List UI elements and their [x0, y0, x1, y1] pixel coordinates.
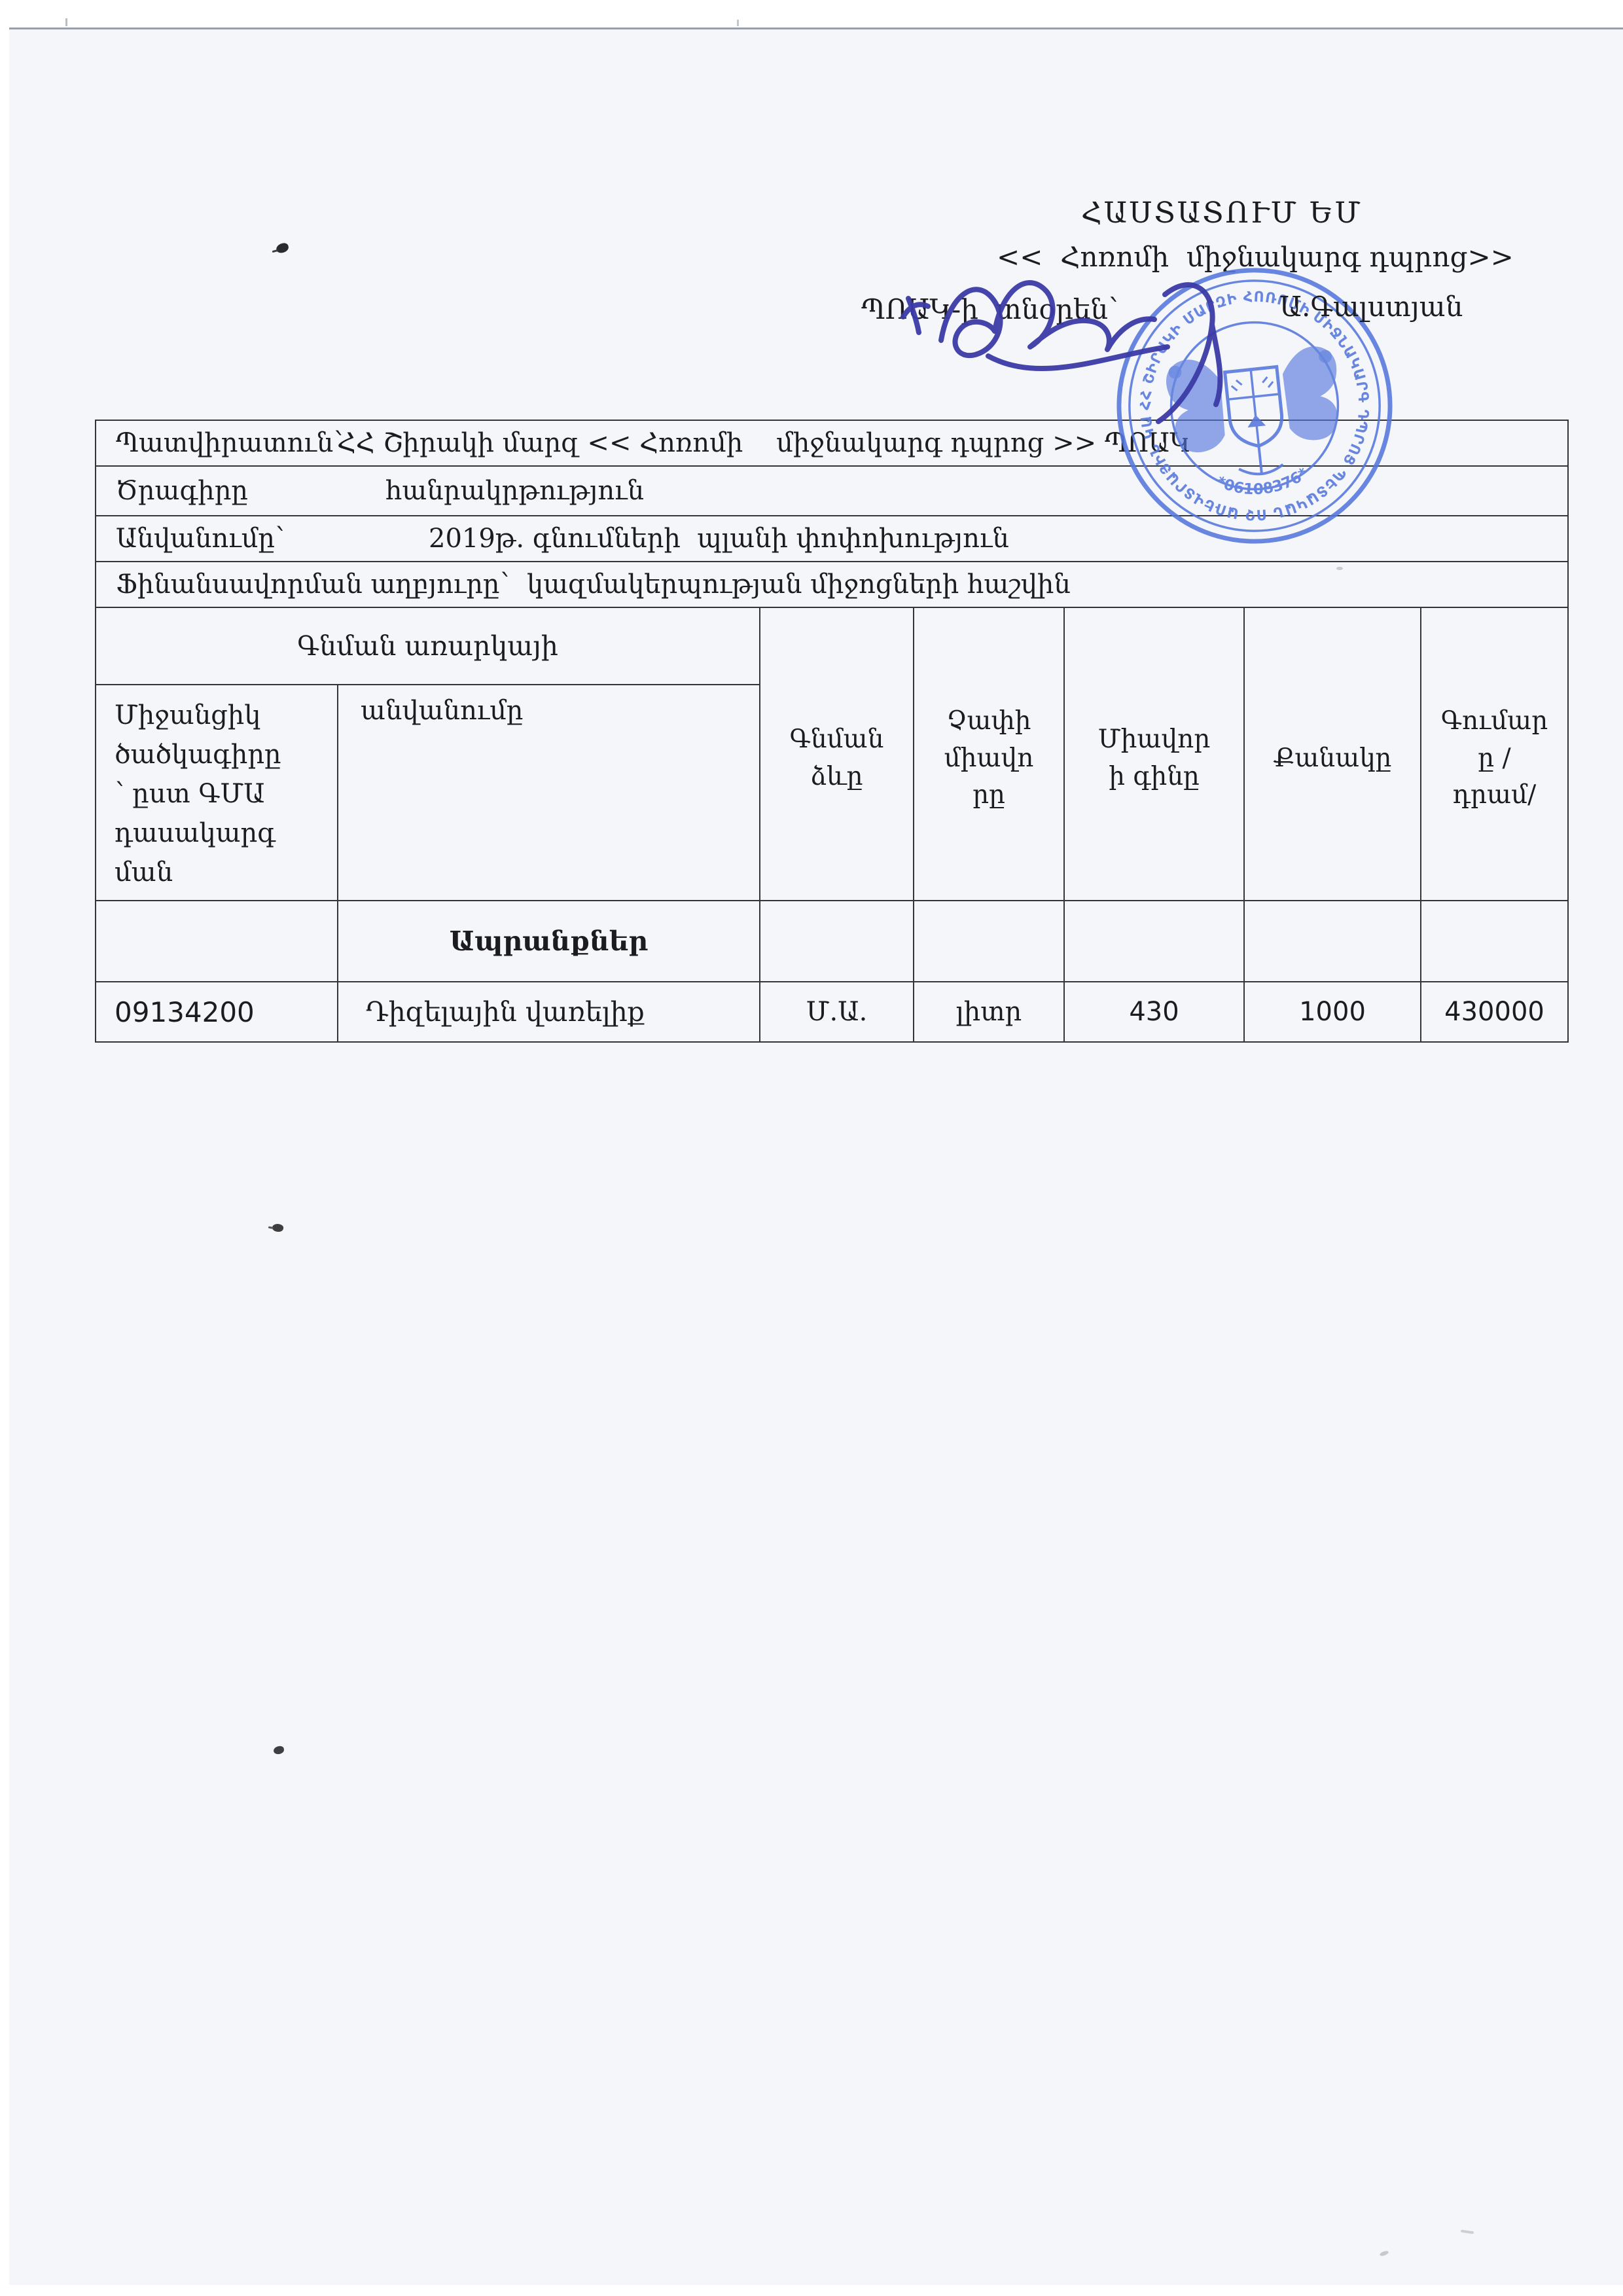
row-code: 09134200	[96, 982, 338, 1042]
header-cpv-code: Միջանցիկ ծածկագիրը՝ ըստ ԳՄԱ դասակարգման	[96, 685, 338, 901]
scan-artifact	[737, 20, 739, 26]
empty-cell	[1064, 901, 1244, 982]
row-name: Դիզելային վառելիք	[338, 982, 760, 1042]
header-unit: Չափի միավորը	[914, 607, 1064, 901]
signature-ink	[889, 257, 1294, 440]
funding-value: կազմակերպության միջոցների հաշվին	[527, 569, 1071, 600]
section-row: Ապրանքներ	[96, 901, 1568, 982]
info-row-funding: Ֆինանսավորման աղբյուրը՝ կազմակերպության …	[96, 562, 1568, 607]
table-row: 09134200 Դիզելային վառելիք Մ.Ա. լիտր 430…	[96, 982, 1568, 1042]
scan-artifact	[65, 18, 67, 26]
program-value: հանրակրթություն	[385, 476, 644, 506]
row-form: Մ.Ա.	[760, 982, 914, 1042]
row-unit: լիտր	[914, 982, 1064, 1042]
header-item-name: անվանումը	[338, 685, 760, 901]
customer-label: Պատվիրատուն՝	[116, 428, 337, 458]
header-quantity: Քանակը	[1244, 607, 1421, 901]
header-amount: Գումարը /դրամ/	[1421, 607, 1568, 901]
empty-cell	[760, 901, 914, 982]
name-label: Անվանումը՝	[116, 524, 429, 554]
empty-cell	[96, 901, 338, 982]
director-name: Ա.Գալստյան	[1279, 291, 1463, 323]
row-price: 430	[1064, 982, 1244, 1042]
empty-cell	[1244, 901, 1421, 982]
header-row-top: Գնման առարկայի Գնման ձևը Չափի միավորը Մի…	[96, 607, 1568, 685]
empty-cell	[914, 901, 1064, 982]
program-label: Ծրագիրը	[116, 476, 385, 506]
header-subject: Գնման առարկայի	[96, 607, 760, 685]
scan-artifact	[1336, 567, 1343, 570]
section-goods: Ապրանքներ	[338, 901, 760, 982]
name-value: 2019թ. գնումների պլանի փոփոխություն	[429, 524, 1009, 554]
row-amount: 430000	[1421, 982, 1568, 1042]
header-unit-price: Միավորի գինը	[1064, 607, 1244, 901]
scan-edge-line	[9, 27, 1623, 29]
approve-heading: ՀԱՍՏԱՏՈՒՄ ԵՄ	[1081, 196, 1363, 230]
funding-label: Ֆինանսավորման աղբյուրը՝	[116, 569, 527, 600]
header-form: Գնման ձևը	[760, 607, 914, 901]
empty-cell	[1421, 901, 1568, 982]
row-qty: 1000	[1244, 982, 1421, 1042]
